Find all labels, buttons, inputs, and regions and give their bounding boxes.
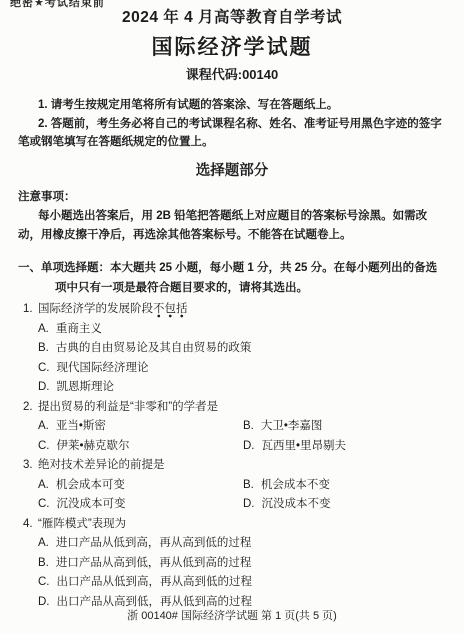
part-one-heading: 一、单项选择题：本大题共 25 小题，每小题 1 分，共 25 分。在每小题列出… [18, 259, 446, 298]
question-number: 3. [23, 456, 38, 476]
option-label: B. [243, 417, 254, 437]
question-4: 4. “雁阵模式”表现为 A.进口产品从低到高，再从高到低的过程 B.进口产品从… [18, 515, 446, 613]
paper-title: 国际经济学试题 [18, 34, 446, 62]
option-row: C.出口产品从低到高，再从高到低的过程 [38, 573, 446, 593]
option-text: 亚当•斯密 [56, 417, 106, 437]
option-c: C.伊莱•赫克歇尔 [38, 437, 243, 457]
option-row: C.现代国际经济理论 [38, 359, 446, 379]
option-label: D. [243, 437, 255, 457]
question-stem: 绝对技术差异论的前提是 [38, 456, 446, 476]
question-stem: 国际经济学的发展阶段不包括 [38, 300, 446, 320]
option-list: A.亚当•斯密 B.大卫•李嘉图 C.伊莱•赫克歇尔 D.瓦西里•里昂剔夫 [38, 417, 446, 456]
option-row: D.凯恩斯理论 [38, 378, 446, 398]
course-code: 课程代码:00140 [18, 66, 446, 83]
option-label: A. [38, 320, 49, 340]
option-text: 大卫•李嘉图 [261, 417, 323, 437]
option-label: B. [38, 339, 49, 359]
instruction-number: 2. [38, 118, 48, 130]
question-stem-text: 国际经济学的发展阶段 [38, 303, 153, 315]
option-list: A.机会成本可变 B.机会成本不变 C.沉没成本可变 D.沉没成本不变 [38, 476, 446, 515]
option-label: A. [38, 534, 49, 554]
option-text: 古典的自由贸易论及其自由贸易的政策 [56, 339, 252, 359]
option-text: 重商主义 [56, 320, 102, 340]
question-3: 3. 绝对技术差异论的前提是 A.机会成本可变 B.机会成本不变 C.沉没成本可… [18, 456, 446, 515]
option-b: B.进口产品从高到低，再从低到高的过程 [38, 554, 251, 574]
option-label: C. [38, 573, 50, 593]
option-b: B.大卫•李嘉图 [243, 417, 446, 437]
question-stem: 提出贸易的利益是“非零和”的学者是 [38, 398, 446, 418]
instruction-item-1: 1. 请考生按规定用笔将所有试题的答案涂、写在答题纸上。 [18, 96, 446, 115]
section-title: 选择题部分 [18, 161, 446, 181]
option-d: D.瓦西里•里昂剔夫 [243, 437, 446, 457]
option-text: 瓦西里•里昂剔夫 [262, 437, 347, 457]
option-b: B.古典的自由贸易论及其自由贸易的政策 [38, 339, 251, 359]
notice-title: 注意事项： [18, 188, 446, 207]
option-a: A.亚当•斯密 [38, 417, 243, 437]
option-text: 进口产品从低到高，再从高到低的过程 [56, 534, 252, 554]
option-list: A.进口产品从低到高，再从高到低的过程 B.进口产品从高到低，再从低到高的过程 … [38, 534, 446, 612]
question-stem-emphasized: 不包括 [153, 303, 188, 318]
option-b: B.机会成本不变 [243, 476, 446, 496]
question-1: 1. 国际经济学的发展阶段不包括 A.重商主义 B.古典的自由贸易论及其自由贸易… [18, 300, 446, 398]
option-label: C. [38, 437, 50, 457]
option-text: 伊莱•赫克歇尔 [57, 437, 130, 457]
general-instructions: 1. 请考生按规定用笔将所有试题的答案涂、写在答题纸上。 2. 答题前，考生务必… [18, 96, 446, 152]
notice-body: 每小题选出答案后，用 2B 铅笔把答题纸上对应题目的答案标号涂黑。如需改动，用橡… [18, 207, 446, 244]
notice-block: 注意事项： 每小题选出答案后，用 2B 铅笔把答题纸上对应题目的答案标号涂黑。如… [18, 188, 446, 245]
option-label: A. [38, 417, 49, 437]
option-row: C.伊莱•赫克歇尔 D.瓦西里•里昂剔夫 [38, 437, 446, 457]
question-2: 2. 提出贸易的利益是“非零和”的学者是 A.亚当•斯密 B.大卫•李嘉图 C.… [18, 398, 446, 457]
question-stem-row: 3. 绝对技术差异论的前提是 [18, 456, 446, 476]
option-a: A.重商主义 [38, 320, 102, 340]
option-row: A.进口产品从低到高，再从高到低的过程 [38, 534, 446, 554]
option-row: A.重商主义 [38, 320, 446, 340]
option-d: D.沉没成本不变 [243, 495, 446, 515]
instruction-text: 请考生按规定用笔将所有试题的答案涂、写在答题纸上。 [51, 99, 339, 111]
option-d: D.凯恩斯理论 [38, 378, 114, 398]
option-text: 沉没成本可变 [57, 495, 126, 515]
question-stem: “雁阵模式”表现为 [38, 515, 446, 535]
option-label: D. [243, 495, 255, 515]
option-label: B. [243, 476, 254, 496]
option-row: B.进口产品从高到低，再从低到高的过程 [38, 554, 446, 574]
option-label: D. [38, 378, 50, 398]
option-label: C. [38, 359, 50, 379]
question-stem-row: 1. 国际经济学的发展阶段不包括 [18, 300, 446, 320]
option-a: A.进口产品从低到高，再从高到低的过程 [38, 534, 251, 554]
question-number: 4. [23, 515, 38, 535]
question-number: 2. [23, 398, 38, 418]
instruction-text: 答题前，考生务必将自己的考试课程名称、姓名、准考证号用黑色字迹的签字笔或钢笔填写… [18, 118, 442, 149]
option-text: 机会成本可变 [56, 476, 125, 496]
option-row: B.古典的自由贸易论及其自由贸易的政策 [38, 339, 446, 359]
option-c: C.出口产品从低到高，再从高到低的过程 [38, 573, 252, 593]
option-text: 沉没成本不变 [262, 495, 331, 515]
option-c: C.现代国际经济理论 [38, 359, 149, 379]
instruction-item-2: 2. 答题前，考生务必将自己的考试课程名称、姓名、准考证号用黑色字迹的签字笔或钢… [18, 115, 446, 152]
option-label: C. [38, 495, 50, 515]
option-text: 进口产品从高到低，再从低到高的过程 [56, 554, 252, 574]
option-row: C.沉没成本可变 D.沉没成本不变 [38, 495, 446, 515]
option-c: C.沉没成本可变 [38, 495, 243, 515]
option-text: 现代国际经济理论 [57, 359, 149, 379]
option-text: 出口产品从低到高，再从高到低的过程 [57, 573, 253, 593]
option-row: A.亚当•斯密 B.大卫•李嘉图 [38, 417, 446, 437]
question-stem-row: 2. 提出贸易的利益是“非零和”的学者是 [18, 398, 446, 418]
option-label: B. [38, 554, 49, 574]
question-list: 1. 国际经济学的发展阶段不包括 A.重商主义 B.古典的自由贸易论及其自由贸易… [18, 300, 446, 612]
exam-paper-page: 绝密★考试结束前 2024 年 4 月高等教育自学考试 国际经济学试题 课程代码… [0, 0, 464, 634]
option-row: A.机会成本可变 B.机会成本不变 [38, 476, 446, 496]
instruction-number: 1. [38, 99, 48, 111]
option-label: A. [38, 476, 49, 496]
question-number: 1. [23, 300, 38, 320]
page-footer: 浙 00140# 国际经济学试题 第 1 页(共 5 页) [0, 607, 464, 626]
option-list: A.重商主义 B.古典的自由贸易论及其自由贸易的政策 C.现代国际经济理论 D.… [38, 320, 446, 398]
option-a: A.机会成本可变 [38, 476, 243, 496]
question-stem-row: 4. “雁阵模式”表现为 [18, 515, 446, 535]
secrecy-note: 绝密★考试结束前 [10, 0, 105, 13]
option-text: 机会成本不变 [261, 476, 330, 496]
option-text: 凯恩斯理论 [57, 378, 115, 398]
